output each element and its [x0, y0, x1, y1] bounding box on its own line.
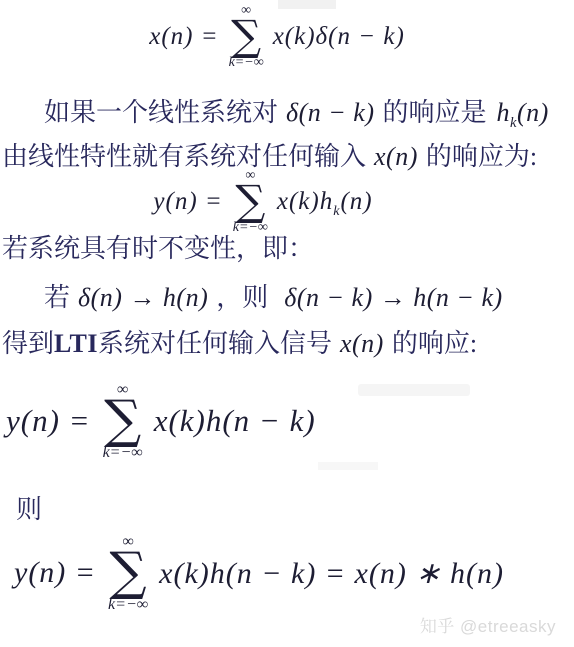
formula-rhs: x(k)h(n − k)	[154, 403, 316, 439]
inline-math-hk: hk(n)	[497, 96, 549, 130]
paragraph-then: 则	[16, 493, 42, 527]
text-segment: 则	[16, 493, 42, 527]
formula-lhs: y(n) =	[6, 403, 91, 439]
summation-symbol: ∞ ∑ k=−∞	[103, 382, 143, 461]
paragraph-time-invariance: 若系统具有时不变性，即：	[2, 232, 314, 266]
zhihu-watermark: 知乎 @etreeasky	[420, 612, 556, 637]
paragraph-impulse-mapping: 若 δ(n) → h(n) ，则 δ(n − k) → h(n − k)	[44, 281, 511, 315]
math-tail: (n)	[340, 188, 372, 215]
formula-lhs: y(n) =	[153, 188, 222, 216]
scan-artifact	[358, 384, 470, 396]
summation-symbol: ∞ ∑ k=−∞	[108, 534, 148, 613]
sigma-icon: ∑	[231, 19, 261, 53]
formula-convolution-sum: y(n) = ∞ ∑ k=−∞ x(k)h(n − k)	[6, 382, 316, 461]
paragraph-linear-response: 如果一个线性系统对 δ(n − k) 的响应是 hk(n)	[44, 96, 553, 130]
text-segment: 若系统具有时不变性，即：	[2, 232, 314, 266]
text-segment: 得到	[2, 327, 54, 361]
sum-lower-limit: k=−∞	[229, 56, 264, 70]
formula-xn-decomposition: x(n) = ∞ ∑ k=−∞ x(k)δ(n − k)	[0, 4, 564, 70]
sum-lower-limit: k=−∞	[103, 445, 143, 461]
formula-lhs: y(n) =	[14, 556, 96, 590]
scan-artifact	[318, 462, 378, 470]
formula-rhs: x(k)hk(n)	[277, 188, 373, 216]
document-page: x(n) = ∞ ∑ k=−∞ x(k)δ(n − k) 如果一个线性系统对 δ…	[0, 0, 574, 647]
inline-math-shifted-impulse: δ(n − k) → h(n − k)	[284, 281, 502, 315]
text-segment: 的响应是	[383, 96, 487, 130]
inline-math-xn: x(n)	[340, 327, 384, 361]
math-tail: (n)	[517, 98, 549, 127]
inline-math-impulse: δ(n) → h(n)	[78, 281, 208, 315]
inline-math-delta: δ(n − k)	[286, 96, 375, 130]
math-subscript: k	[510, 115, 517, 131]
sum-lower-limit: k=−∞	[108, 597, 148, 613]
summation-symbol: ∞ ∑ k=−∞	[229, 4, 264, 70]
text-segment: 若	[44, 281, 70, 315]
text-segment: 如果一个线性系统对	[44, 96, 278, 130]
formula-rhs: x(k)h(n − k) = x(n) ∗ h(n)	[159, 556, 504, 591]
summation-symbol: ∞ ∑ k=−∞	[233, 169, 268, 235]
math-base: h	[497, 98, 511, 127]
formula-convolution-notation: y(n) = ∞ ∑ k=−∞ x(k)h(n − k) = x(n) ∗ h(…	[14, 534, 504, 613]
math-base: x(k)h	[277, 188, 333, 215]
text-segment: 的响应:	[392, 327, 477, 361]
text-segment: ，则	[216, 281, 268, 315]
lti-abbreviation: LTI	[54, 327, 98, 361]
sigma-icon: ∑	[104, 399, 141, 442]
formula-yn-hk: y(n) = ∞ ∑ k=−∞ x(k)hk(n)	[0, 169, 550, 235]
sigma-icon: ∑	[110, 551, 147, 594]
text-segment: 系统对任何输入信号	[98, 327, 332, 361]
formula-lhs: x(n) =	[149, 23, 218, 51]
paragraph-lti-response: 得到 LTI 系统对任何输入信号 x(n) 的响应:	[2, 327, 477, 361]
sigma-icon: ∑	[235, 184, 265, 218]
formula-rhs: x(k)δ(n − k)	[273, 23, 405, 51]
